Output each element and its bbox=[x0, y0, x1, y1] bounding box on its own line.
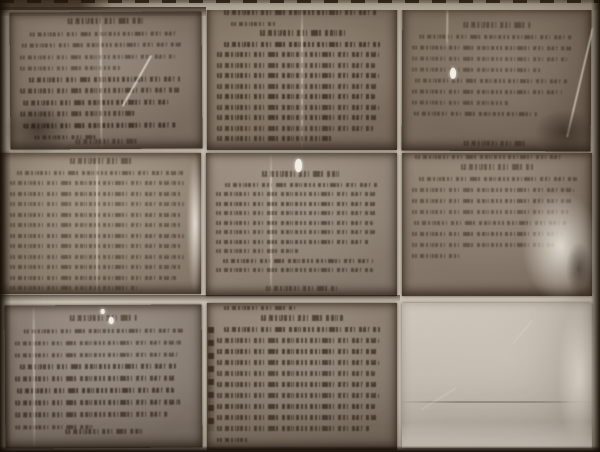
handwriting-line bbox=[414, 221, 567, 225]
diary-page-top-left bbox=[10, 11, 203, 149]
handwriting-line bbox=[217, 94, 375, 99]
handwriting-line bbox=[216, 202, 375, 206]
handwriting-line bbox=[412, 210, 568, 214]
handwriting-block bbox=[10, 11, 203, 149]
diary-page-middle-right bbox=[402, 153, 592, 296]
handwriting-line bbox=[15, 376, 176, 382]
photo-right-edge bbox=[591, 0, 600, 452]
handwriting-line bbox=[231, 22, 275, 26]
handwriting-line bbox=[412, 243, 555, 247]
entry-date-footer bbox=[65, 429, 143, 434]
handwriting-line bbox=[216, 211, 377, 215]
row-gap-shadow bbox=[0, 295, 400, 302]
handwriting-line bbox=[412, 199, 572, 203]
diary-page-top-middle bbox=[207, 6, 397, 150]
handwriting-line bbox=[217, 115, 377, 120]
handwriting-line bbox=[224, 42, 380, 47]
entry-date-header bbox=[260, 30, 345, 36]
handwriting-line bbox=[20, 87, 180, 93]
scratch-mark bbox=[421, 388, 455, 410]
handwriting-line bbox=[10, 255, 184, 259]
handwriting-line bbox=[15, 341, 181, 346]
handwriting-block bbox=[207, 6, 397, 150]
handwriting-line bbox=[216, 230, 375, 234]
handwriting-line bbox=[20, 54, 175, 59]
handwriting-line bbox=[10, 265, 182, 269]
handwriting-line bbox=[15, 353, 178, 358]
handwriting-line bbox=[412, 188, 574, 192]
handwriting-line bbox=[217, 52, 379, 57]
handwriting-line bbox=[412, 46, 571, 51]
handwriting-line bbox=[216, 221, 373, 225]
bottom-paper-strip bbox=[402, 422, 592, 448]
fold-line bbox=[402, 401, 592, 403]
handwriting-line bbox=[217, 415, 377, 420]
handwriting-line bbox=[412, 90, 562, 95]
blank-sheet-bottom-right bbox=[402, 303, 592, 448]
handwriting-line bbox=[29, 76, 180, 82]
handwriting-line bbox=[224, 327, 380, 332]
handwriting-line bbox=[223, 259, 373, 263]
handwriting-line bbox=[217, 426, 370, 431]
entry-date-header bbox=[463, 22, 531, 28]
handwriting-line bbox=[217, 349, 377, 354]
handwriting-line bbox=[413, 112, 536, 117]
handwriting-line bbox=[419, 35, 571, 40]
diary-page-bottom-left bbox=[5, 304, 203, 448]
handwriting-line bbox=[217, 360, 379, 365]
entry-date-footer bbox=[464, 141, 528, 146]
handwriting-line bbox=[217, 438, 248, 442]
handwriting-line bbox=[216, 192, 377, 196]
handwriting-line bbox=[15, 412, 167, 418]
handwriting-line bbox=[412, 68, 540, 73]
handwriting-line bbox=[15, 400, 180, 406]
diary-page-middle-left bbox=[0, 153, 201, 294]
handwriting-line bbox=[24, 329, 183, 334]
handwriting-line bbox=[24, 122, 177, 128]
handwriting-line bbox=[217, 371, 375, 376]
diary-page-top-right bbox=[402, 8, 592, 152]
handwriting-line bbox=[10, 202, 184, 206]
handwriting-line bbox=[217, 136, 333, 141]
handwriting-line bbox=[415, 79, 569, 84]
handwriting-block bbox=[207, 303, 397, 450]
scratch-mark bbox=[512, 320, 532, 344]
entry-date-header bbox=[262, 171, 341, 177]
handwriting-line bbox=[217, 382, 377, 387]
handwriting-line bbox=[20, 111, 134, 117]
handwriting-line bbox=[217, 393, 379, 398]
entry-date-header bbox=[70, 315, 137, 321]
handwriting-line bbox=[216, 268, 373, 272]
handwriting-line bbox=[10, 213, 182, 217]
handwriting-line bbox=[217, 84, 377, 89]
handwriting-line bbox=[224, 306, 295, 310]
handwriting-line bbox=[415, 155, 561, 159]
photo-of-diary-wall: Photograph of eight handwritten Chinese … bbox=[0, 0, 600, 452]
handwriting-line bbox=[10, 244, 182, 248]
handwriting-line bbox=[419, 177, 577, 181]
handwriting-block bbox=[402, 153, 592, 296]
handwriting-line bbox=[217, 404, 375, 409]
handwriting-block bbox=[206, 153, 397, 296]
diary-page-middle-center bbox=[206, 153, 397, 296]
handwriting-line bbox=[10, 286, 137, 290]
entry-date-footer bbox=[75, 139, 137, 144]
handwriting-line bbox=[10, 192, 182, 196]
handwriting-line bbox=[17, 388, 175, 394]
handwriting-line bbox=[10, 223, 180, 227]
handwriting-line bbox=[217, 338, 379, 343]
handwriting-line bbox=[10, 234, 184, 238]
handwriting-block bbox=[402, 8, 592, 152]
handwriting-block bbox=[5, 304, 203, 448]
handwriting-line bbox=[20, 364, 176, 370]
handwriting-line bbox=[17, 171, 184, 175]
handwriting-line bbox=[21, 42, 183, 47]
handwriting-line bbox=[10, 181, 184, 185]
handwriting-line bbox=[10, 276, 178, 280]
photo-bottom-edge bbox=[0, 446, 600, 452]
handwriting-line bbox=[217, 105, 379, 110]
handwriting-block bbox=[0, 153, 201, 294]
entry-date-header bbox=[261, 315, 343, 321]
handwriting-line bbox=[412, 57, 567, 62]
handwriting-line bbox=[224, 10, 377, 15]
handwriting-line bbox=[217, 126, 373, 131]
top-left-gap-shadow bbox=[0, 7, 206, 16]
handwriting-line bbox=[24, 99, 169, 105]
handwriting-line bbox=[412, 254, 463, 258]
handwriting-line bbox=[30, 31, 178, 36]
entry-date-footer bbox=[266, 286, 338, 291]
entry-date-header bbox=[70, 158, 132, 164]
handwriting-line bbox=[412, 232, 562, 236]
diary-page-bottom-middle bbox=[207, 303, 397, 450]
handwriting-line bbox=[412, 101, 510, 106]
handwriting-line bbox=[20, 66, 120, 71]
handwriting-line bbox=[225, 183, 379, 187]
entry-date-header bbox=[461, 164, 532, 170]
entry-date-header bbox=[68, 18, 144, 25]
handwriting-line bbox=[216, 240, 370, 244]
photo-left-edge bbox=[0, 0, 11, 452]
handwriting-line bbox=[217, 73, 379, 78]
handwriting-line bbox=[216, 249, 298, 253]
handwriting-line bbox=[217, 63, 375, 68]
